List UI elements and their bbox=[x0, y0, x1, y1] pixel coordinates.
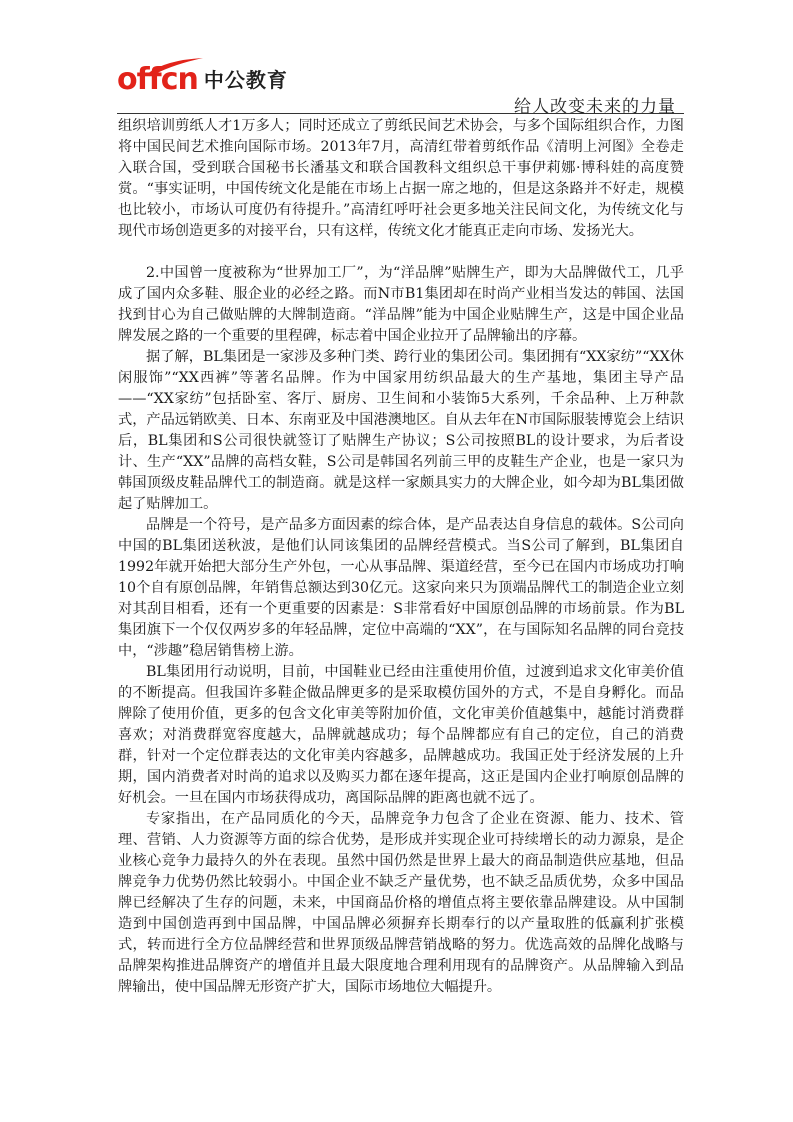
paragraph-continued: 组织培训剪纸人才1万多人；同时还成立了剪纸民间艺术协会，与多个国际组织合作，力图… bbox=[118, 116, 684, 242]
logo-swoosh-icon bbox=[145, 56, 205, 76]
document-page: offcn 中公教育 给人改变未来的力量 组织培训剪纸人才1万多人；同时还成立了… bbox=[0, 0, 793, 1122]
paragraph-question-2: 2.中国曾一度被称为“世界加工厂”，为“洋品牌”贴牌生产，即为大品牌做代工，几乎… bbox=[118, 263, 684, 347]
paragraph-expert-opinion: 专家指出，在产品同质化的今天，品牌竞争力包含了企业在资源、能力、技术、管理、营销… bbox=[118, 809, 684, 998]
paragraph-culture-value: BL集团用行动说明，目前，中国鞋业已经由注重使用价值，过渡到追求文化审美价值的不… bbox=[118, 662, 684, 809]
paragraph-spacer bbox=[118, 242, 684, 263]
logo-chinese-name: 中公教育 bbox=[204, 62, 288, 98]
header-divider bbox=[117, 113, 684, 114]
paragraph-bl-group: 据了解，BL集团是一家涉及多种门类、跨行业的集团公司。集团拥有“XX家纺”“XX… bbox=[118, 347, 684, 515]
paragraph-brand-symbol: 品牌是一个符号，是产品多方面因素的综合体，是产品表达自身信息的载体。S公司向中国… bbox=[118, 515, 684, 662]
page-header: offcn 中公教育 给人改变未来的力量 bbox=[117, 62, 684, 114]
offcn-logo: offcn 中公教育 bbox=[117, 62, 288, 98]
article-body: 组织培训剪纸人才1万多人；同时还成立了剪纸民间艺术协会，与多个国际组织合作，力图… bbox=[118, 116, 684, 998]
